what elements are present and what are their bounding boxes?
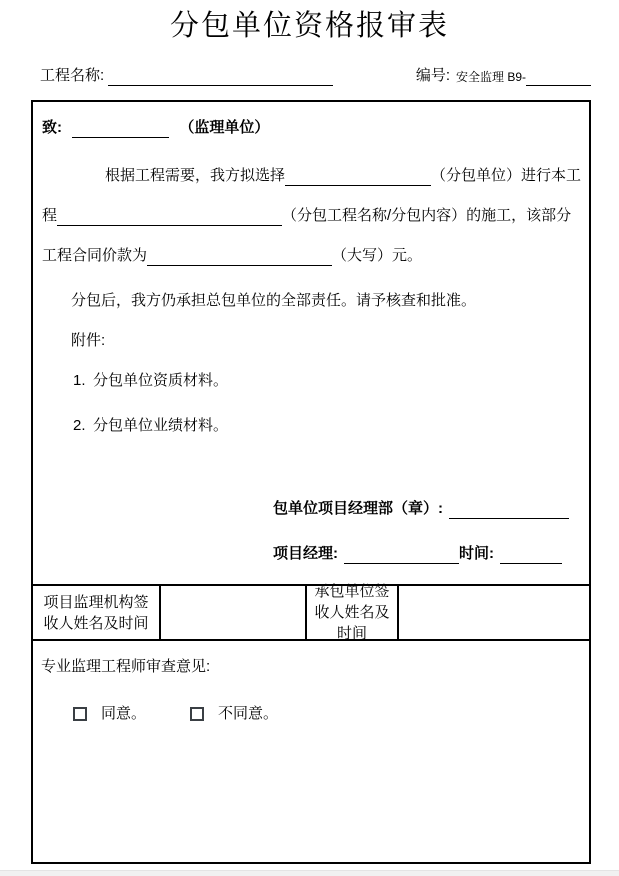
attachment-item-2: 2.分包单位业绩材料。 bbox=[33, 416, 589, 436]
project-name-label: 工程名称: bbox=[40, 66, 104, 86]
attachment-2-number: 2. bbox=[73, 416, 93, 436]
seal-blank bbox=[449, 503, 569, 519]
project-manager-label: 项目经理: bbox=[273, 545, 338, 562]
responsibility-statement: 分包后，我方仍承担总包单位的全部责任。请予核查和批准。 bbox=[33, 291, 589, 311]
agree-checkbox[interactable] bbox=[73, 707, 87, 721]
supervisor-sign-input-cell bbox=[161, 586, 307, 639]
doc-number-label: 编号: bbox=[416, 66, 450, 86]
para-seg3: 程 bbox=[42, 207, 57, 224]
application-section: 致: （监理单位） 根据工程需要，我方拟选择（分包单位）进行本工 程（分包工程名… bbox=[33, 102, 589, 584]
doc-number-prefix: 安全监理 B9- bbox=[456, 69, 526, 86]
agree-label: 同意。 bbox=[101, 704, 146, 724]
para-seg6: （大写）元。 bbox=[332, 247, 422, 264]
para-seg4: （分包工程名称/分包内容）的施工，该部分 bbox=[282, 207, 571, 224]
paragraph-line-3: 工程合同价款为（大写）元。 bbox=[33, 246, 589, 266]
page-title: 分包单位资格报审表 bbox=[0, 8, 619, 44]
attachment-2-text: 分包单位业绩材料。 bbox=[93, 417, 228, 434]
attachment-label: 附件: bbox=[33, 331, 589, 351]
project-name-blank bbox=[108, 70, 333, 86]
para-seg5: 工程合同价款为 bbox=[42, 247, 147, 264]
attachment-1-number: 1. bbox=[73, 371, 93, 391]
subcontract-scope-blank bbox=[57, 210, 282, 226]
paragraph-line-1: 根据工程需要，我方拟选择（分包单位）进行本工 bbox=[33, 166, 589, 186]
disagree-checkbox[interactable] bbox=[190, 707, 204, 721]
disagree-label: 不同意。 bbox=[218, 704, 278, 724]
review-section: 专业监理工程师审查意见: 同意。 不同意。 bbox=[33, 641, 589, 862]
to-label: 致: bbox=[42, 119, 62, 136]
doc-number-group: 编号: 安全监理 B9- bbox=[416, 66, 591, 86]
subcontractor-blank bbox=[285, 170, 431, 186]
page-bottom-edge bbox=[0, 870, 619, 876]
time-label: 时间: bbox=[459, 545, 494, 562]
project-manager-blank bbox=[344, 548, 459, 564]
contractor-sign-input-cell bbox=[399, 586, 589, 639]
review-choices: 同意。 不同意。 bbox=[33, 704, 589, 724]
review-title: 专业监理工程师审查意见: bbox=[33, 657, 589, 677]
signature-table: 项目监理机构签收人姓名及时间 承包单位签收人姓名及时间 bbox=[33, 584, 589, 641]
attachment-1-text: 分包单位资质材料。 bbox=[93, 372, 228, 389]
disagree-choice: 不同意。 bbox=[190, 704, 278, 724]
supervisor-sign-label-cell: 项目监理机构签收人姓名及时间 bbox=[33, 586, 161, 639]
time-blank bbox=[500, 548, 562, 564]
project-manager-line: 项目经理:时间: bbox=[33, 544, 589, 564]
contract-price-blank bbox=[147, 250, 332, 266]
agree-choice: 同意。 bbox=[73, 704, 146, 724]
attachment-item-1: 1.分包单位资质材料。 bbox=[33, 371, 589, 391]
form-body-box: 致: （监理单位） 根据工程需要，我方拟选择（分包单位）进行本工 程（分包工程名… bbox=[31, 100, 591, 864]
supervision-unit-blank bbox=[72, 122, 169, 138]
seal-label: 包单位项目经理部（章）: bbox=[273, 500, 443, 517]
to-suffix: （监理单位） bbox=[179, 119, 269, 136]
contractor-sign-label-cell: 承包单位签收人姓名及时间 bbox=[307, 586, 399, 639]
header-row: 工程名称: 编号: 安全监理 B9- bbox=[0, 66, 619, 86]
to-line: 致: （监理单位） bbox=[33, 118, 589, 138]
seal-line: 包单位项目经理部（章）: bbox=[33, 499, 589, 519]
project-name-group: 工程名称: bbox=[40, 66, 333, 86]
paragraph-line-2: 程（分包工程名称/分包内容）的施工，该部分 bbox=[33, 206, 589, 226]
para-seg1: 根据工程需要，我方拟选择 bbox=[105, 167, 285, 184]
para-seg2: （分包单位）进行本工 bbox=[431, 167, 581, 184]
doc-number-blank bbox=[526, 70, 591, 86]
